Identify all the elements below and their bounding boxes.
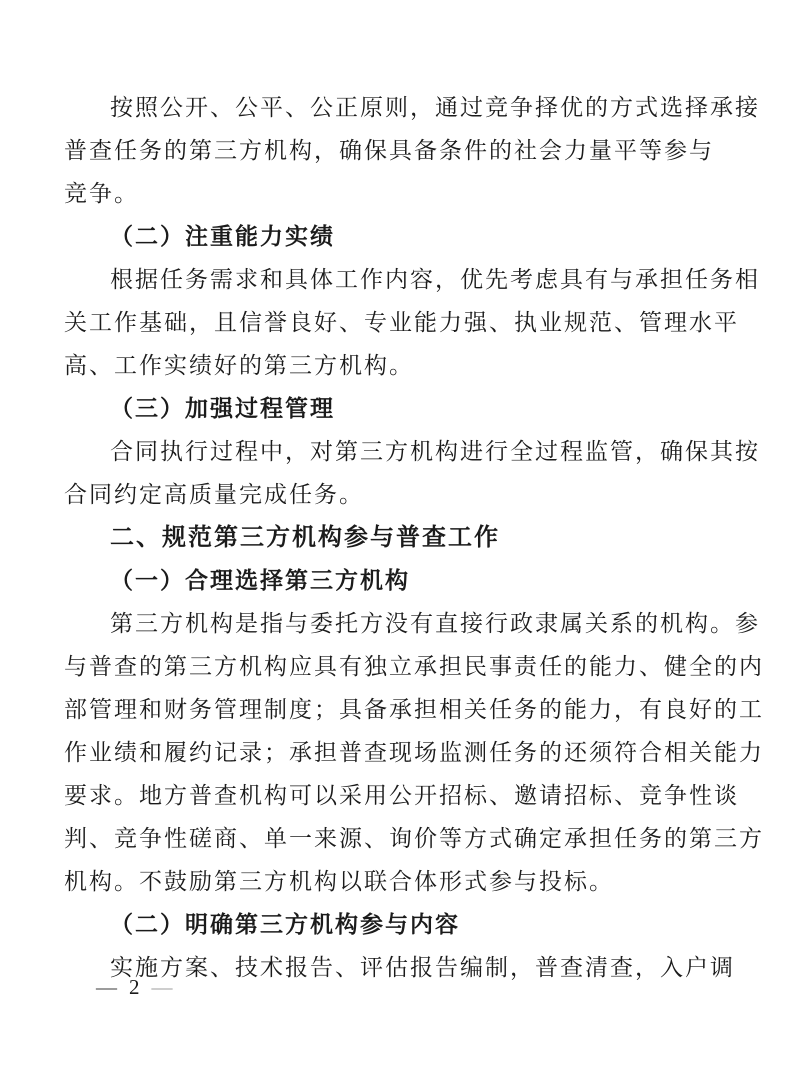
- footer-left-dash: —: [96, 972, 117, 1002]
- page-number: 2: [129, 972, 140, 1002]
- subsection-heading-selection: （一）合理选择第三方机构: [64, 559, 748, 602]
- paragraph-line: 要求。地方普查机构可以采用公开招标、邀请招标、竞争性谈: [64, 774, 748, 817]
- paragraph-line: 根据任务需求和具体工作内容，优先考虑具有与承担任务相: [64, 258, 748, 301]
- paragraph-line: 与普查的第三方机构应具有独立承担民事责任的能力、健全的内: [64, 645, 748, 688]
- paragraph-line: 合同约定高质量完成任务。: [64, 473, 748, 516]
- document-body: 按照公开、公平、公正原则，通过竞争择优的方式选择承接 普查任务的第三方机构，确保…: [64, 86, 748, 989]
- subsection-heading-ability: （二）注重能力实绩: [64, 215, 748, 258]
- subsection-heading-content: （二）明确第三方机构参与内容: [64, 903, 748, 946]
- page-footer: — 2 —: [96, 972, 173, 1002]
- subsection-heading-process: （三）加强过程管理: [64, 387, 748, 430]
- paragraph-line: 机构。不鼓励第三方机构以联合体形式参与投标。: [64, 860, 748, 903]
- document-page: 按照公开、公平、公正原则，通过竞争择优的方式选择承接 普查任务的第三方机构，确保…: [0, 0, 800, 1082]
- paragraph-line: 竞争。: [64, 172, 748, 215]
- paragraph-line: 作业绩和履约记录；承担普查现场监测任务的还须符合相关能力: [64, 731, 748, 774]
- section-heading-part-two: 二、规范第三方机构参与普查工作: [64, 516, 748, 559]
- paragraph-line: 高、工作实绩好的第三方机构。: [64, 344, 748, 387]
- paragraph-line: 合同执行过程中，对第三方机构进行全过程监管，确保其按: [64, 430, 748, 473]
- footer-right-dash: —: [152, 972, 173, 1002]
- paragraph-line: 第三方机构是指与委托方没有直接行政隶属关系的机构。参: [64, 602, 748, 645]
- paragraph-line: 关工作基础，且信誉良好、专业能力强、执业规范、管理水平: [64, 301, 748, 344]
- paragraph-line: 普查任务的第三方机构，确保具备条件的社会力量平等参与: [64, 129, 748, 172]
- paragraph-line: 按照公开、公平、公正原则，通过竞争择优的方式选择承接: [64, 86, 748, 129]
- paragraph-line: 部管理和财务管理制度；具备承担相关任务的能力，有良好的工: [64, 688, 748, 731]
- paragraph-line: 判、竞争性磋商、单一来源、询价等方式确定承担任务的第三方: [64, 817, 748, 860]
